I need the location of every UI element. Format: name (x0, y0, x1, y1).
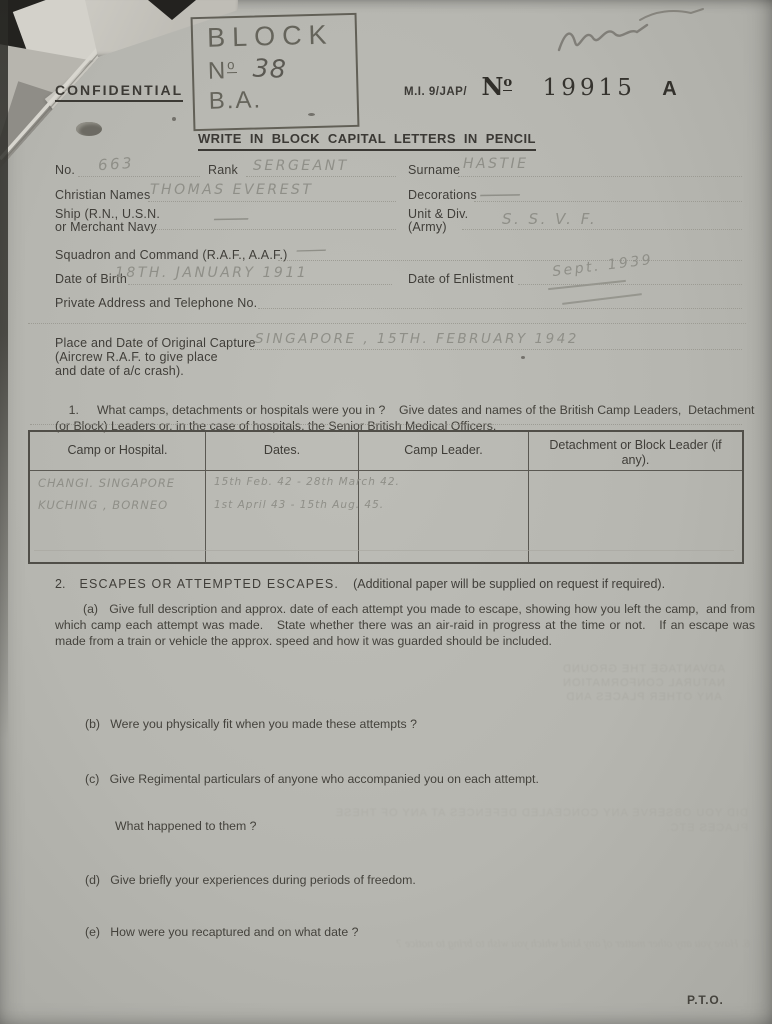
field-unit-value: S. S. V. F. (502, 210, 597, 228)
ref-no-label: No (481, 72, 512, 101)
capture-label-line2: (Aircrew R.A.F. to give place (55, 350, 218, 364)
section-divider-dotted (28, 322, 746, 324)
ref-number: 19915 (543, 75, 636, 101)
field-christian-names-label: Christian Names (55, 188, 150, 202)
field-surname-label: Surname (408, 163, 460, 177)
field-rank-label: Rank (208, 163, 238, 177)
field-squadron-value: — (294, 239, 333, 261)
field-unit-label-line1: Unit & Div. (408, 207, 468, 221)
block-stamp: BLOCK No 38 B.A. (191, 13, 360, 131)
dotted-line (148, 200, 396, 202)
field-no-label: No. (55, 163, 75, 177)
dotted-line (278, 259, 742, 261)
form-instruction-title: WRITE IN BLOCK CAPITAL LETTERS IN PENCIL (198, 131, 536, 151)
question2-number: 2. (55, 577, 65, 591)
question2a-text: (a) Give full description and approx. da… (55, 601, 755, 649)
dotted-line (246, 175, 396, 177)
dotted-line (474, 200, 742, 202)
field-ship-label-line1: Ship (R.N., U.S.N. (55, 207, 160, 221)
dotted-line (78, 175, 200, 177)
field-ship-label-line2: or Merchant Navy (55, 220, 157, 234)
field-decorations-label: Decorations (408, 188, 477, 202)
table-header-dates: Dates. (206, 443, 358, 458)
field-unit-label-line2: (Army) (408, 220, 447, 234)
bleed-through-text: 6. Have you any other matter of any kind… (330, 937, 750, 951)
table-inner-faint-line (34, 550, 734, 551)
bleed-through-text: PLACES ETC. (676, 821, 748, 835)
ref-suffix: A (662, 78, 676, 100)
camps-table: Camp or Hospital. Dates. Camp Leader. De… (28, 430, 744, 564)
pencil-underline (548, 280, 626, 290)
field-decorations-value: — (477, 181, 528, 206)
dotted-line (258, 307, 742, 309)
dotted-line (128, 283, 392, 285)
question2-heading: 2.ESCAPES OR ATTEMPTED ESCAPES.(Addition… (55, 577, 665, 591)
field-christian-names-value: THOMAS EVEREST (150, 182, 313, 198)
confidential-label: CONFIDENTIAL (55, 82, 183, 102)
dotted-line (462, 228, 742, 230)
table-header-detachment: Detachment or Block Leader (if any). (529, 438, 742, 468)
bleed-through-text: ADVANTAGE THE GROUND NATURAL CONFORMATIO… (536, 662, 751, 704)
question2d-text: (d) Give briefly your experiences during… (85, 872, 735, 888)
field-rank-value: SERGEANT (253, 158, 349, 174)
capture-label-line3: and date of a/c crash). (55, 364, 184, 378)
reference-number-row: M.I. 9/JAP/ No 19915 A (404, 72, 677, 101)
pto-label: P.T.O. (687, 993, 724, 1007)
table-row-camp: CHANGI. SINGAPORE (38, 476, 175, 490)
field-dob-value: 18TH. JANUARY 1911 (115, 265, 308, 281)
left-edge-shadow (0, 0, 8, 740)
field-no-value: 663 (97, 154, 134, 174)
pencil-scribble (545, 2, 725, 66)
capture-label-line1: Place and Date of Original Capture (55, 336, 256, 350)
table-header-camp: Camp or Hospital. (30, 443, 205, 458)
field-ship-value: — (211, 205, 255, 230)
table-row-camp: KUCHING , BORNEO (38, 498, 168, 512)
dotted-line (250, 348, 742, 350)
field-squadron-label: Squadron and Command (R.A.F., A.A.F.) (55, 248, 288, 262)
capture-value: SINGAPORE , 15TH. FEBRUARY 1942 (255, 331, 579, 347)
ref-prefix: M.I. 9/JAP/ (404, 86, 467, 98)
table-row-dates: 1st April 43 - 15th Aug. 45. (214, 499, 384, 511)
block-stamp-no: No (208, 57, 237, 85)
pencil-stroke-address (562, 293, 642, 305)
table-header-divider (30, 470, 742, 471)
field-address-label: Private Address and Telephone No. (55, 296, 257, 310)
field-surname-value: HASTIE (463, 156, 529, 172)
field-enlistment-label: Date of Enlistment (408, 272, 514, 286)
dotted-line (30, 423, 742, 425)
dotted-line (518, 283, 742, 285)
field-enlistment-value: Sept. 1939 (551, 252, 654, 280)
question1-number: 1. (69, 403, 79, 417)
paper-speck (172, 117, 176, 121)
crease-blob (76, 122, 102, 136)
question2c-followup-text: What happened to them ? (115, 818, 515, 834)
paper-speck (521, 356, 525, 359)
table-row-dates: 15th Feb. 42 - 28th March 42. (214, 476, 400, 488)
block-stamp-number: 38 (253, 53, 288, 83)
question2b-text: (b) Were you physically fit when you mad… (85, 716, 735, 732)
block-stamp-line1: BLOCK (207, 19, 356, 54)
question2c-text: (c) Give Regimental particulars of anyon… (85, 771, 745, 787)
dotted-line (458, 175, 742, 177)
block-stamp-line3: B.A. (208, 84, 357, 116)
table-header-leader: Camp Leader. (359, 443, 528, 458)
scanned-form-page: CONFIDENTIAL BLOCK No 38 B.A. M.I. 9/JAP… (0, 0, 772, 1024)
dotted-line (148, 228, 396, 230)
